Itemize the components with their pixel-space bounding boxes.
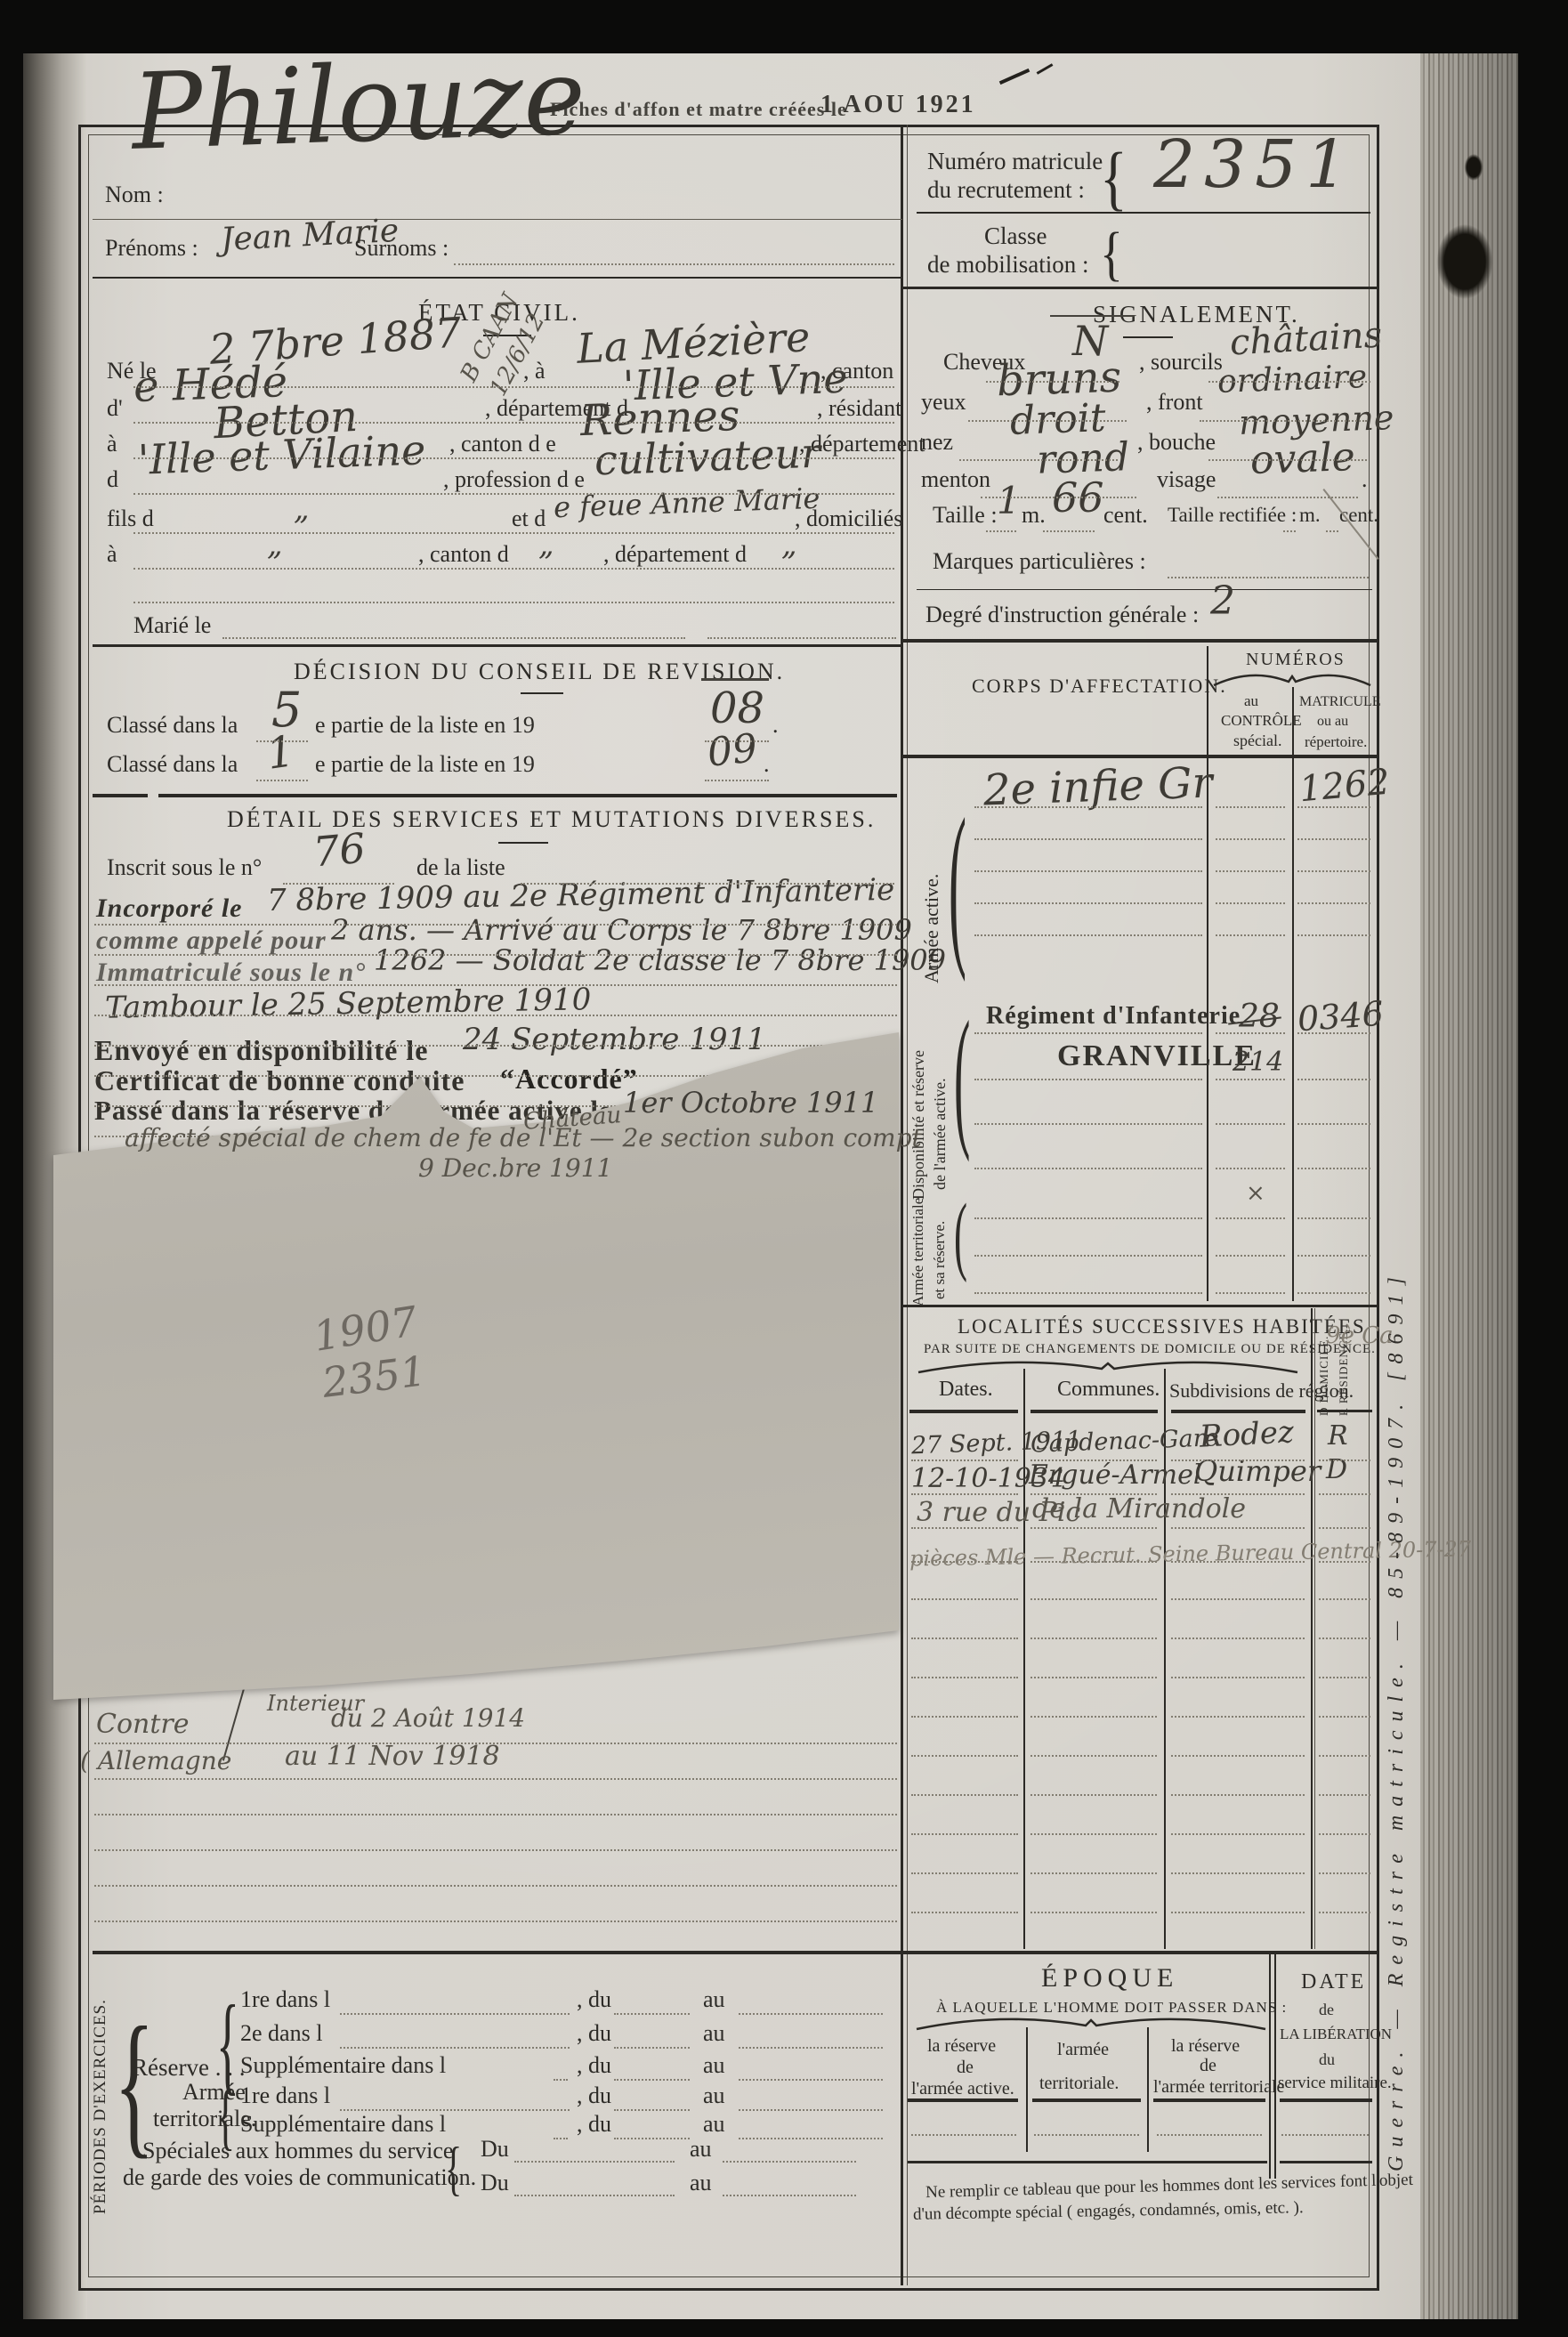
terr-row2-label: Supplémentaire dans l	[240, 2111, 446, 2138]
dotted-rule	[554, 2138, 568, 2139]
loc-col-divider-thin	[1314, 1308, 1315, 1949]
campagne-du-date: du 2 Août 1914	[331, 1703, 525, 1733]
du2-label: Du	[481, 2136, 509, 2163]
dotted-rule	[1171, 1598, 1305, 1600]
dotted-rule	[1319, 1677, 1370, 1678]
date-col-header-1: DATE	[1301, 1970, 1366, 1994]
campagne-allemagne: ( Allemagne	[80, 1746, 231, 1775]
year-overline	[701, 678, 769, 681]
epo-bottom-rule	[908, 2161, 1267, 2163]
dotted-rule	[981, 497, 1136, 498]
visage-label: visage	[1157, 466, 1216, 493]
numeros-brace	[1212, 673, 1372, 687]
dotted-rule	[1171, 1561, 1305, 1563]
loc-header-rule	[1031, 1410, 1158, 1413]
au-label: au	[703, 1986, 725, 2013]
epoque-col2-b: territoriale.	[1039, 2074, 1119, 2094]
dotted-rule	[94, 1743, 897, 1744]
dotted-rule	[959, 459, 1118, 461]
dotted-rule	[340, 2013, 570, 2015]
controle-header-1: au	[1244, 692, 1258, 710]
dotted-rule	[614, 2138, 690, 2139]
front-value: ordinaire	[1216, 359, 1367, 400]
matricule-label-2: du recrutement :	[927, 176, 1085, 204]
dotted-rule	[707, 637, 896, 639]
classe2-label: Classé dans la	[107, 751, 238, 778]
dotted-rule	[1171, 1794, 1305, 1796]
liste-label: de la liste	[416, 854, 505, 881]
classe-label-1: Classe	[984, 222, 1047, 250]
dotted-rule	[986, 381, 1119, 383]
matricule-divider	[917, 212, 1370, 214]
dotted-rule	[974, 838, 1202, 840]
dotted-rule	[1031, 1561, 1157, 1563]
dotted-rule	[94, 924, 897, 926]
dotted-rule	[1319, 1794, 1370, 1796]
dotted-rule	[911, 1598, 1018, 1600]
epo-col-divider	[1147, 2027, 1149, 2152]
disponibilite-vertical-label-2: de l'armée active.	[931, 990, 950, 1190]
surname-signature: Philouze	[130, 35, 587, 174]
dotted-rule	[974, 902, 1202, 904]
dotted-rule	[723, 2161, 856, 2163]
du2-label: Du	[481, 2170, 509, 2196]
dotted-rule	[614, 2109, 690, 2111]
dotted-rule	[974, 1032, 1202, 1034]
creation-stamp-date: 1 AOU 1921	[820, 91, 976, 119]
book-fore-edge	[1420, 53, 1518, 2319]
dotted-rule	[133, 386, 894, 388]
dotted-rule	[1031, 1493, 1157, 1495]
dotted-rule	[1297, 1123, 1370, 1125]
nez-label: nez	[921, 429, 953, 456]
dotted-rule	[1171, 1460, 1305, 1461]
date-col-header-5: service militaire.	[1278, 2074, 1392, 2093]
m-label: m.	[1022, 502, 1046, 529]
au-label: au	[690, 2170, 712, 2196]
dotted-rule	[911, 1716, 1018, 1718]
section-divider	[93, 644, 902, 647]
dotted-rule	[1326, 530, 1338, 532]
dotted-rule	[974, 934, 1202, 936]
classe-label-2: de mobilisation :	[927, 251, 1089, 279]
dotted-rule	[514, 2161, 675, 2163]
dotted-rule	[1297, 1168, 1370, 1169]
title-underline	[1123, 336, 1173, 338]
dotted-rule	[974, 1079, 1202, 1080]
period-mark: .	[764, 751, 770, 778]
canton2-label: , canton d e	[449, 431, 556, 457]
loc-row1-mark: R	[1328, 1420, 1348, 1452]
dotted-rule	[1297, 1255, 1370, 1257]
dotted-rule	[739, 2079, 883, 2081]
matricule-header-1: MATRICULE	[1299, 694, 1381, 710]
appele-stamp: comme appelé pour	[96, 926, 327, 956]
epoque-subtitle: À LAQUELLE L'HOMME DOIT PASSER DANS :	[936, 1999, 1287, 2017]
appele-value: 2 ans. — Arrivé au Corps le 7 8bre 1909	[331, 913, 912, 947]
dotted-rule	[1031, 1527, 1157, 1529]
dotted-rule	[911, 1912, 1018, 1913]
dotted-rule	[521, 883, 894, 885]
dotted-rule	[94, 1885, 897, 1887]
dotted-rule	[911, 1561, 1018, 1563]
taille-label: Taille :	[933, 502, 998, 529]
dotted-rule	[1319, 1833, 1370, 1835]
epo-col-divider	[1026, 2027, 1028, 2152]
epoque-col1-b: de	[957, 2058, 974, 2078]
dotted-rule	[1031, 1794, 1157, 1796]
dotted-rule	[94, 1778, 897, 1780]
dotted-rule	[1297, 902, 1370, 904]
dotted-rule	[1297, 1217, 1370, 1219]
du-label: , du	[577, 1986, 611, 2013]
dotted-rule	[911, 1755, 1018, 1757]
epo-header-rule	[1280, 2098, 1372, 2102]
dotted-rule	[1216, 838, 1285, 840]
dotted-rule	[1297, 870, 1370, 872]
au-label: au	[703, 2052, 725, 2079]
dotted-rule	[133, 457, 894, 459]
localites-top-rule	[902, 1305, 1378, 1307]
yeux-label: yeux	[921, 389, 966, 416]
dotted-rule	[1031, 1677, 1157, 1678]
loc-pencil-9eca: 9è Ca	[1326, 1322, 1394, 1349]
speciales-label-1: Spéciales aux hommes du service	[142, 2138, 453, 2164]
dotted-rule	[1216, 1217, 1285, 1219]
matricule-header-2: ou au	[1317, 714, 1348, 730]
dotted-rule	[340, 2047, 570, 2049]
territoriale-vertical-label-2: et sa réserve.	[931, 1184, 949, 1299]
dotted-rule	[723, 2195, 856, 2196]
domicilies-label: , domiciliés	[795, 505, 902, 532]
epo-header-rule	[908, 2098, 1018, 2102]
dotted-rule	[1283, 530, 1296, 532]
period-mark: .	[772, 712, 779, 739]
dotted-rule	[911, 1638, 1018, 1639]
matricule-header-3: répertoire.	[1305, 733, 1367, 751]
dotted-rule	[94, 954, 897, 956]
cent-label: cent.	[1103, 502, 1148, 529]
title-underline	[521, 692, 563, 694]
sourcils-value: châtains	[1229, 315, 1383, 364]
speciales-label-2: de garde des voies de communication.	[123, 2164, 476, 2191]
dotted-rule	[133, 422, 894, 424]
dotted-rule	[614, 2047, 690, 2049]
dotted-rule	[1319, 1872, 1370, 1874]
dotted-rule	[1216, 902, 1285, 904]
dotted-rule	[1216, 1032, 1285, 1034]
departement3-label: , département d	[603, 541, 747, 568]
dotted-rule	[1031, 1598, 1157, 1600]
inscrit-label: Inscrit sous le n°	[107, 854, 262, 881]
signalement-divider	[917, 589, 1372, 590]
dotted-rule	[1297, 1292, 1370, 1294]
dotted-rule	[1319, 1716, 1370, 1718]
epoque-col3-c: l'armée territoriale	[1153, 2077, 1284, 2098]
m2-label: m.	[1299, 504, 1321, 527]
inscrit-value: 76	[311, 824, 368, 877]
reserve-date-value: 1er Octobre 1911	[623, 1086, 878, 1120]
speciales-brace: {	[445, 2132, 462, 2204]
dotted-rule	[1171, 1716, 1305, 1718]
communes-header: Communes.	[1057, 1378, 1160, 1402]
dotted-rule	[911, 1677, 1018, 1678]
epoque-brace	[915, 2017, 1267, 2031]
dotted-rule	[1031, 1755, 1157, 1757]
classe-brace: {	[1100, 219, 1123, 288]
dotted-rule	[1171, 1755, 1305, 1757]
reserve-row3-label: Supplémentaire dans l	[240, 2052, 446, 2079]
dotted-rule	[974, 1255, 1202, 1257]
reserve-row1-label: 1re dans l	[240, 1986, 330, 2013]
dotted-rule	[739, 2047, 883, 2049]
departement2-value: 'Ille et Vilaine	[137, 425, 426, 483]
controle-x-mark: ×	[1246, 1180, 1265, 1207]
dotted-rule	[1319, 1460, 1370, 1461]
dotted-rule	[1297, 1079, 1370, 1080]
reserve-row2-label: 2e dans l	[240, 2020, 322, 2047]
dotted-rule	[1208, 459, 1367, 461]
dotted-rule	[911, 1527, 1018, 1529]
numeros-header: NUMÉROS	[1246, 650, 1346, 670]
localites-brace	[917, 1360, 1299, 1374]
dotted-rule	[1297, 1032, 1370, 1034]
dotted-rule	[554, 2079, 568, 2081]
dotted-rule	[283, 883, 394, 885]
period-mark: .	[1362, 466, 1368, 493]
dotted-rule	[1216, 806, 1285, 808]
a2-label: à	[107, 431, 117, 457]
loc-header-rule	[909, 1410, 1018, 1413]
dotted-rule	[133, 602, 894, 603]
dotted-rule	[454, 263, 894, 265]
matricule-value: 2351	[1153, 126, 1356, 203]
disponibilite-vertical-label-1: Disponibilité et réserve	[909, 977, 928, 1200]
d-label: d'	[107, 395, 123, 422]
dotted-rule	[1171, 1527, 1305, 1529]
dotted-rule	[1319, 1493, 1370, 1495]
controle-header-2: CONTRÔLE	[1221, 712, 1302, 730]
loc-col-divider	[1311, 1308, 1313, 1949]
scanned-register-page: Fiches d'affon et matre créées le 1 AOU …	[0, 0, 1568, 2337]
epoque-title: ÉPOQUE	[1041, 1963, 1178, 1993]
granville-stamp: GRANVILLE	[1057, 1039, 1257, 1073]
dotted-rule	[705, 740, 769, 742]
dotted-rule	[1157, 2134, 1262, 2136]
loc-row2-commune: Ergué-Armel	[1029, 1460, 1201, 1491]
dotted-rule	[1319, 1527, 1370, 1529]
canton3-label: , canton d	[418, 541, 509, 568]
dotted-rule	[1171, 1677, 1305, 1678]
dotted-rule	[1319, 1755, 1370, 1757]
dotted-rule	[1031, 1872, 1157, 1874]
du-label: , du	[577, 2052, 611, 2079]
dotted-rule	[94, 1015, 897, 1016]
ink-stain	[1427, 212, 1502, 311]
sourcils-label: , sourcils	[1139, 349, 1223, 376]
taille-m-value: 1	[997, 479, 1021, 522]
row-divider	[93, 219, 902, 220]
title-underline	[498, 842, 548, 844]
residant-label: , résidant	[817, 395, 901, 422]
dotted-rule	[1043, 530, 1095, 532]
front-label: , front	[1146, 389, 1203, 416]
epo-header-rule	[1032, 2098, 1141, 2102]
dotted-rule	[340, 2109, 570, 2111]
dotted-rule	[1297, 838, 1370, 840]
epo-date-divider	[1274, 1954, 1276, 2179]
ink-stain-small	[1461, 150, 1486, 185]
dotted-rule	[1171, 1833, 1305, 1835]
corps-col-divider	[1292, 687, 1294, 1301]
classe1-label-b: e partie de la liste en 19	[315, 712, 535, 739]
date-col-header-2: de	[1319, 2001, 1334, 2019]
dotted-rule	[1319, 1912, 1370, 1913]
dotted-rule	[133, 493, 894, 495]
decembre-fragment: 9 Dec.bre 1911	[418, 1153, 612, 1183]
dotted-rule	[1216, 1123, 1285, 1125]
dotted-rule	[974, 806, 1202, 808]
dotted-rule	[1031, 1638, 1157, 1639]
dotted-rule	[1200, 420, 1367, 422]
dotted-rule	[974, 1292, 1202, 1294]
fils-label: fils d	[107, 505, 154, 532]
dotted-rule	[1208, 381, 1370, 383]
campagne-au-date: au 11 Nov 1918	[285, 1741, 500, 1772]
dotted-rule	[1168, 577, 1369, 578]
dotted-rule	[911, 1794, 1018, 1796]
dotted-rule	[133, 532, 894, 534]
section-divider	[93, 277, 902, 279]
epoque-col3-a: la réserve	[1171, 2036, 1240, 2057]
classe2-year: 09	[705, 725, 759, 776]
dotted-rule	[739, 2138, 883, 2139]
controle-214-value: 214	[1233, 1047, 1283, 1078]
dotted-rule	[1216, 1168, 1285, 1169]
dates-header: Dates.	[939, 1378, 993, 1402]
matricule-brace: {	[1100, 137, 1128, 220]
loc-row3-street-b: de la Mirandole	[1032, 1493, 1246, 1524]
dotted-rule	[1031, 1833, 1157, 1835]
dotted-rule	[1319, 1598, 1370, 1600]
dotted-rule	[1297, 934, 1370, 936]
section-divider	[902, 639, 1378, 643]
classe1-label: Classé dans la	[107, 712, 238, 739]
dotted-rule	[1216, 1255, 1285, 1257]
dotted-rule	[911, 1872, 1018, 1874]
dashed-divider-a	[93, 794, 148, 797]
loc-col-divider	[1164, 1369, 1166, 1949]
du-label: , du	[577, 2111, 611, 2138]
corps-header-rule	[902, 755, 1378, 758]
regiment-stamp: Régiment d'Infanterie	[986, 1002, 1241, 1031]
dotted-rule	[514, 2195, 675, 2196]
fils-value: „	[294, 491, 310, 527]
creation-stamp: Fiches d'affon et matre créées le	[550, 98, 847, 121]
armee-active-vertical-label: Armée active.	[920, 774, 943, 983]
date-col-header-4: du	[1319, 2050, 1335, 2069]
corps-col-divider	[1207, 646, 1208, 1301]
dotted-rule	[1171, 1912, 1305, 1913]
dotted-rule	[1031, 1460, 1157, 1461]
disponibilite-brace: (	[954, 986, 970, 1166]
dotted-rule	[911, 1493, 1018, 1495]
decision-title: DÉCISION DU CONSEIL DE REVISION.	[294, 659, 785, 685]
dotted-rule	[974, 1217, 1202, 1219]
dotted-rule	[968, 420, 1127, 422]
dotted-rule	[739, 2013, 883, 2015]
dotted-rule	[256, 740, 308, 742]
date-col-header-3: LA LIBÉRATION	[1280, 2026, 1392, 2043]
dotted-rule	[1031, 1912, 1157, 1913]
classe2-label-b: e partie de la liste en 19	[315, 751, 535, 778]
epo-header-rule	[1153, 2098, 1265, 2102]
dotted-rule	[1171, 1872, 1305, 1874]
du-label: , du	[577, 2082, 611, 2109]
dotted-rule	[94, 1849, 897, 1851]
dotted-rule	[974, 1123, 1202, 1125]
dotted-rule	[94, 1921, 897, 1922]
corps-row1-matricule: 1262	[1297, 762, 1391, 811]
dotted-rule	[256, 780, 308, 781]
dotted-rule	[1216, 1292, 1285, 1294]
loc-header-rule	[1317, 1410, 1372, 1412]
section-divider	[93, 1951, 1378, 1954]
immatricule-value: 1262 — Soldat 2e classe le 7 8bre 1909	[374, 943, 946, 977]
dashed-divider-b	[158, 794, 897, 797]
territoriale-vertical-label-1: Armée territoriale	[909, 1173, 927, 1306]
dotted-rule	[222, 637, 685, 639]
dotted-rule	[911, 1460, 1018, 1461]
prenoms-label: Prénoms :	[105, 235, 198, 262]
dotted-rule	[974, 1168, 1202, 1169]
dotted-rule	[94, 1814, 897, 1815]
dotted-rule	[1216, 870, 1285, 872]
dotted-rule	[614, 2079, 690, 2081]
cheveux-overline	[1050, 315, 1135, 317]
dotted-rule	[133, 568, 894, 570]
dotted-rule	[1034, 2134, 1139, 2136]
armee-active-brace: (	[949, 780, 966, 989]
classe1-year: 08	[710, 683, 764, 733]
dotted-rule	[705, 780, 769, 781]
dotted-rule	[1031, 1716, 1157, 1718]
campagne-contre: Contre	[96, 1709, 190, 1740]
dotted-rule	[1319, 1561, 1370, 1563]
epoque-col1-c: l'armée active.	[911, 2079, 1014, 2099]
dotted-rule	[974, 870, 1202, 872]
epoque-col2-a: l'armée	[1057, 2040, 1109, 2060]
epo-date-divider	[1269, 1954, 1271, 2179]
profession-value: cultivateur	[594, 429, 821, 485]
marie-label: Marié le	[133, 612, 211, 639]
loc-header-rule	[1171, 1410, 1305, 1413]
dotted-rule	[1171, 1638, 1305, 1639]
taille-rect-label: Taille rectifiée :	[1168, 504, 1297, 527]
dotted-rule	[911, 1833, 1018, 1835]
a3-label: à	[107, 541, 117, 568]
d2-label: d	[107, 466, 118, 493]
dotted-rule	[986, 530, 1016, 532]
dotted-rule	[1216, 934, 1285, 936]
epoque-col3-b: de	[1200, 2056, 1216, 2076]
surnoms-label: Surnoms :	[354, 235, 449, 262]
localites-subtitle: PAR SUITE DE CHANGEMENTS DE DOMICILE OU …	[924, 1342, 1376, 1357]
nom-label: Nom :	[105, 182, 164, 208]
epo-bottom-rule	[1280, 2161, 1372, 2163]
dotted-rule	[1171, 1493, 1305, 1495]
immatricule-stamp: Immatriculé sous le n°	[96, 958, 366, 988]
